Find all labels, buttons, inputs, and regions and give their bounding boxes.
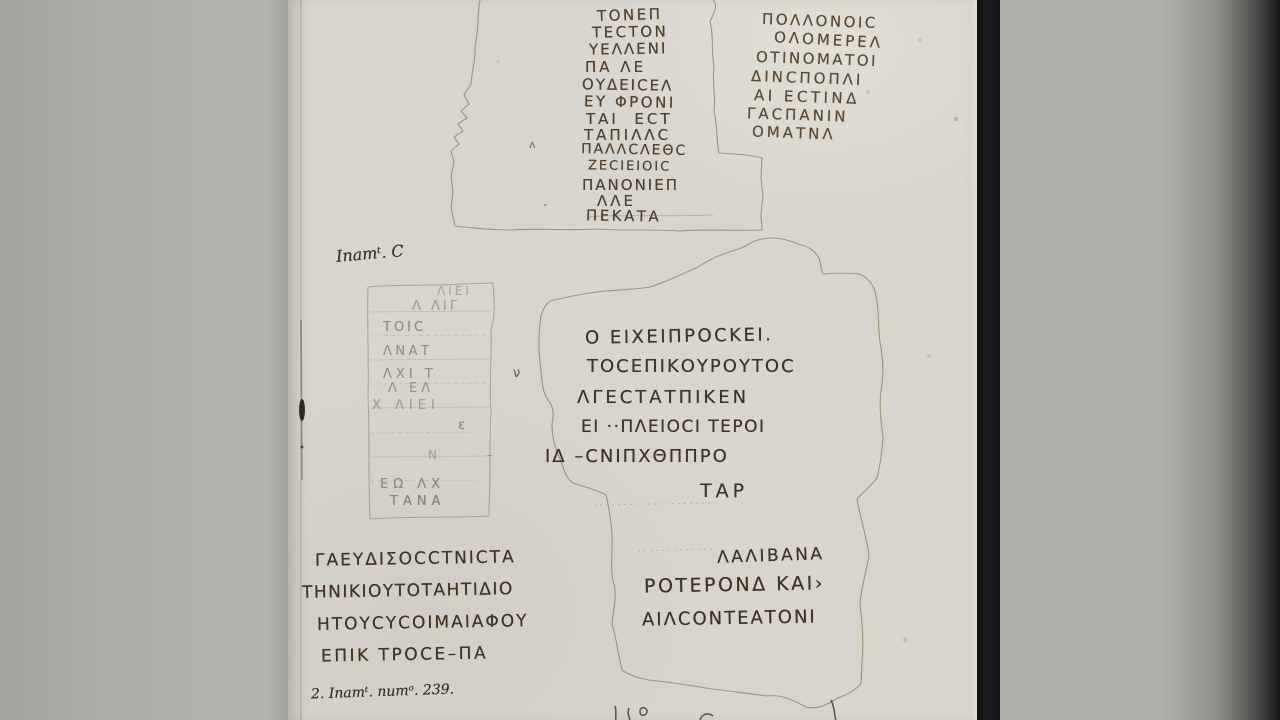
- greek-line-faint: ΤΟΙC: [383, 320, 426, 335]
- greek-line: ΗΤΟΥCΥCΟΙΜΑΙΑΦΟΥ: [317, 611, 529, 635]
- backdrop-right: [1000, 0, 1280, 720]
- greek-line-faint: ΕΩ ΛΧ: [380, 477, 445, 492]
- greek-line: ΕΠΙΚ ΤΡΟCΕ–ΠΑ: [321, 644, 488, 667]
- greek-line: ΥΕΛΛΕΝΙ: [589, 39, 668, 58]
- greek-line: Ο ΕΙΧΕΙΠΡΟCΚΕΙ.: [585, 324, 774, 348]
- dot-mark: ·: [543, 198, 547, 214]
- greek-line: ΖΕCΙΕΙΟΙC: [588, 158, 671, 174]
- greek-line: ΤΗΝΙΚΙΟΥΤΟΤΑΗΤΙΔΙΟ: [302, 579, 514, 603]
- greek-line-faint: Λ ΛΙΓ: [412, 299, 460, 314]
- greek-line: ΤΑΡ: [700, 480, 748, 502]
- greek-line-faint: ΤΑΝΑ: [390, 494, 445, 509]
- greek-line-faint: Ν –: [428, 448, 507, 462]
- caret-mark: ν: [513, 366, 520, 381]
- greek-line: ΤΟCΕΠΙΚΟΥΡΟΥΤΟC: [587, 356, 796, 377]
- greek-line: ΠΕΚΑΤΑ: [586, 206, 662, 225]
- greek-line: ΕΙ ··ΠΛΕΙΟCΙ ΤΕΡΟΙ: [581, 417, 766, 437]
- binding-strip: [977, 0, 1000, 720]
- paper-edge-highlight: [969, 0, 977, 720]
- greek-line: ΛΓΕCΤΑΤΠΙΚΕΝ: [577, 387, 749, 408]
- greek-line-faint: Λ ΕΛ: [388, 381, 434, 396]
- greek-line-faint: Χ ΛΙΕΙ: [372, 398, 440, 413]
- greek-line: ΓΑΕΥΔΙΣΟCCΤΝΙCΤΑ: [315, 547, 516, 571]
- greek-line-faint: ε: [458, 418, 465, 433]
- greek-line: ΡΟΤΕΡΟΝΔ ΚΑΙ›: [644, 572, 825, 597]
- greek-line: ΛΑΛΙΒΑΝΑ: [717, 544, 825, 568]
- backdrop-left: [0, 0, 288, 720]
- caret-mark: ʌ: [529, 138, 536, 151]
- greek-line: ΑΙΛCΟΝΤΕΑΤΟΝΙ: [642, 606, 817, 630]
- greek-line-faint: ΛΝΑΤ: [383, 344, 432, 359]
- greek-line: ΙΔ –CΝΙΠΧΘΠΠΡΟ: [545, 446, 729, 467]
- scanned-manuscript-photo: ΤΟΝΕΠ ΤΕCΤΟΝ ΥΕΛΛΕΝΙ ΠΑ ΛΕ ΟΥΔΕΙCΕΛ ΕΥ Φ…: [0, 0, 1280, 720]
- greek-line: ΕΥ ΦΡΟΝΙ: [584, 92, 676, 112]
- greek-line: ΠΑΛΛCΛΕΘC: [581, 141, 688, 159]
- greek-line-faint: ΛΧΙ Τ: [383, 367, 437, 382]
- greek-line: ΠΑ ΛΕ: [585, 58, 646, 76]
- greek-line: ΟΜΑΤΝΛ: [752, 123, 836, 144]
- greek-line-faint: ΛΙΕΙ: [437, 284, 472, 298]
